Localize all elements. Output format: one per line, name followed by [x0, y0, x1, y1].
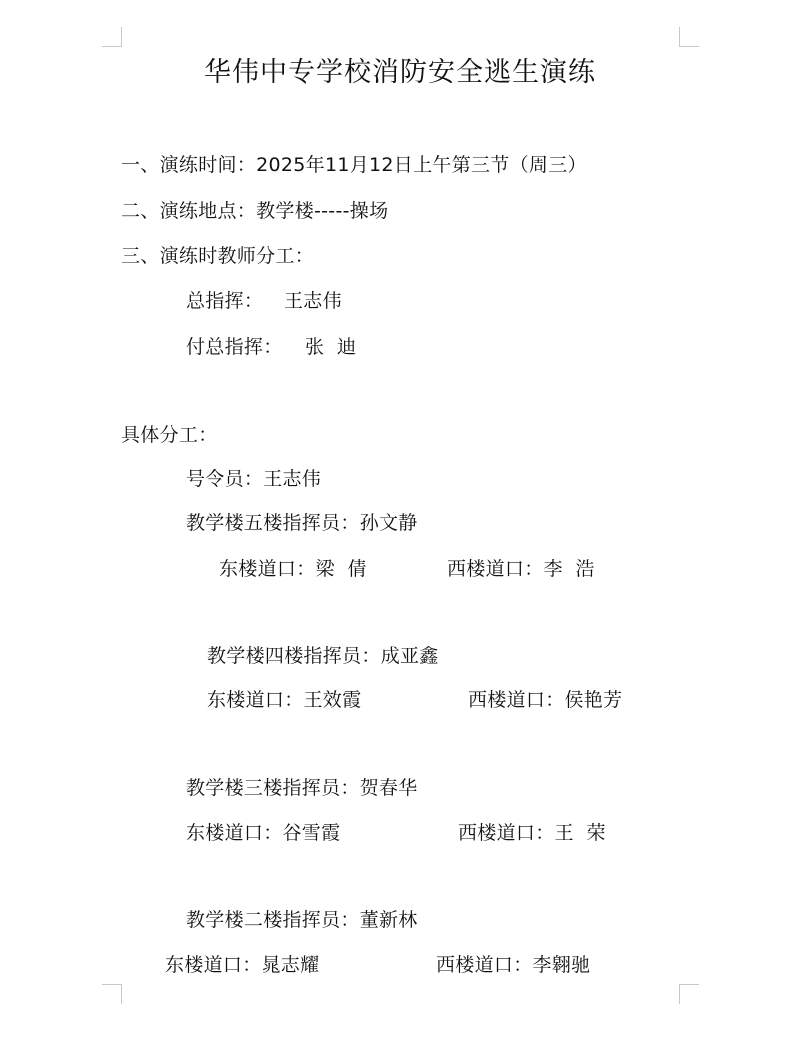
- signaler: 号令员：王志伟: [186, 467, 321, 491]
- teacher-division-heading: 三、演练时教师分工：: [121, 244, 314, 268]
- floor2-east-stairway: 东楼道口：晁志耀: [165, 953, 319, 977]
- bottom-right-margin-mark: [679, 984, 699, 1004]
- floor4-commander: 教学楼四楼指挥员：成亚鑫: [207, 644, 439, 668]
- floor2-west-stairway: 西楼道口：李翱驰: [436, 953, 590, 977]
- floor5-east-stairway: 东楼道口：梁 倩: [219, 557, 367, 581]
- top-right-margin-mark: [679, 27, 699, 47]
- floor2-commander: 教学楼二楼指挥员：董新林: [186, 908, 418, 932]
- floor5-commander: 教学楼五楼指挥员：孙文静: [186, 511, 418, 535]
- specific-division-heading: 具体分工：: [121, 423, 218, 447]
- top-left-margin-mark: [102, 27, 122, 47]
- floor4-west-stairway: 西楼道口：侯艳芳: [468, 688, 622, 712]
- deputy-commander-label: 付总指挥：: [186, 335, 283, 359]
- floor3-commander: 教学楼三楼指挥员：贺春华: [186, 776, 418, 800]
- floor5-west-stairway: 西楼道口：李 浩: [447, 557, 595, 581]
- floor3-east-stairway: 东楼道口：谷雪霞: [186, 821, 340, 845]
- bottom-left-margin-mark: [102, 984, 122, 1004]
- floor4-east-stairway: 东楼道口：王效霞: [207, 688, 361, 712]
- document-page: 华伟中专学校消防安全逃生演练 一、演练时间：2025年11月12日上午第三节（周…: [0, 0, 800, 1052]
- chief-commander-label: 总指挥：: [186, 289, 263, 313]
- drill-time: 一、演练时间：2025年11月12日上午第三节（周三）: [121, 153, 587, 177]
- floor3-west-stairway: 西楼道口：王 荣: [458, 821, 606, 845]
- deputy-commander-name: 张 迪: [305, 335, 356, 359]
- document-title: 华伟中专学校消防安全逃生演练: [0, 56, 800, 90]
- chief-commander-name: 王志伟: [284, 289, 342, 313]
- drill-location: 二、演练地点：教学楼-----操场: [121, 199, 388, 223]
